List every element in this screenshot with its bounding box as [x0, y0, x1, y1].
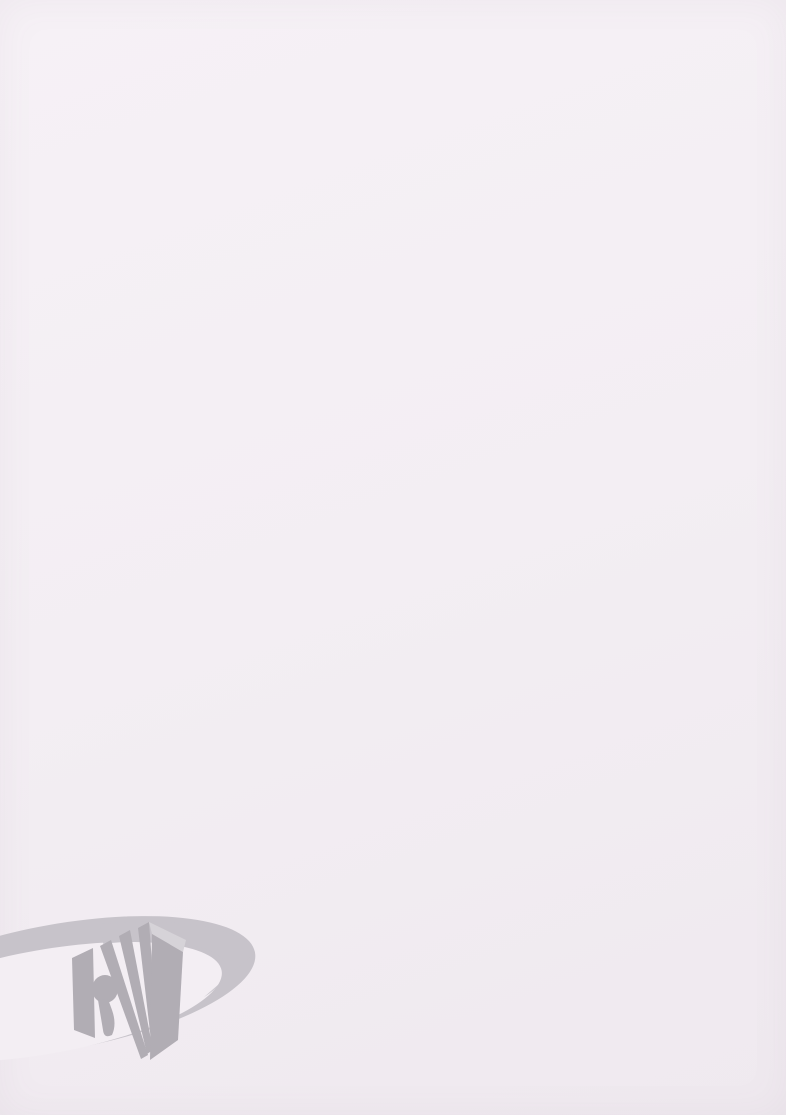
form-body — [110, 104, 710, 126]
logo-ellipse-band — [0, 912, 266, 1084]
national-archives-logo — [0, 912, 280, 1115]
scanned-form-page — [0, 0, 786, 1115]
